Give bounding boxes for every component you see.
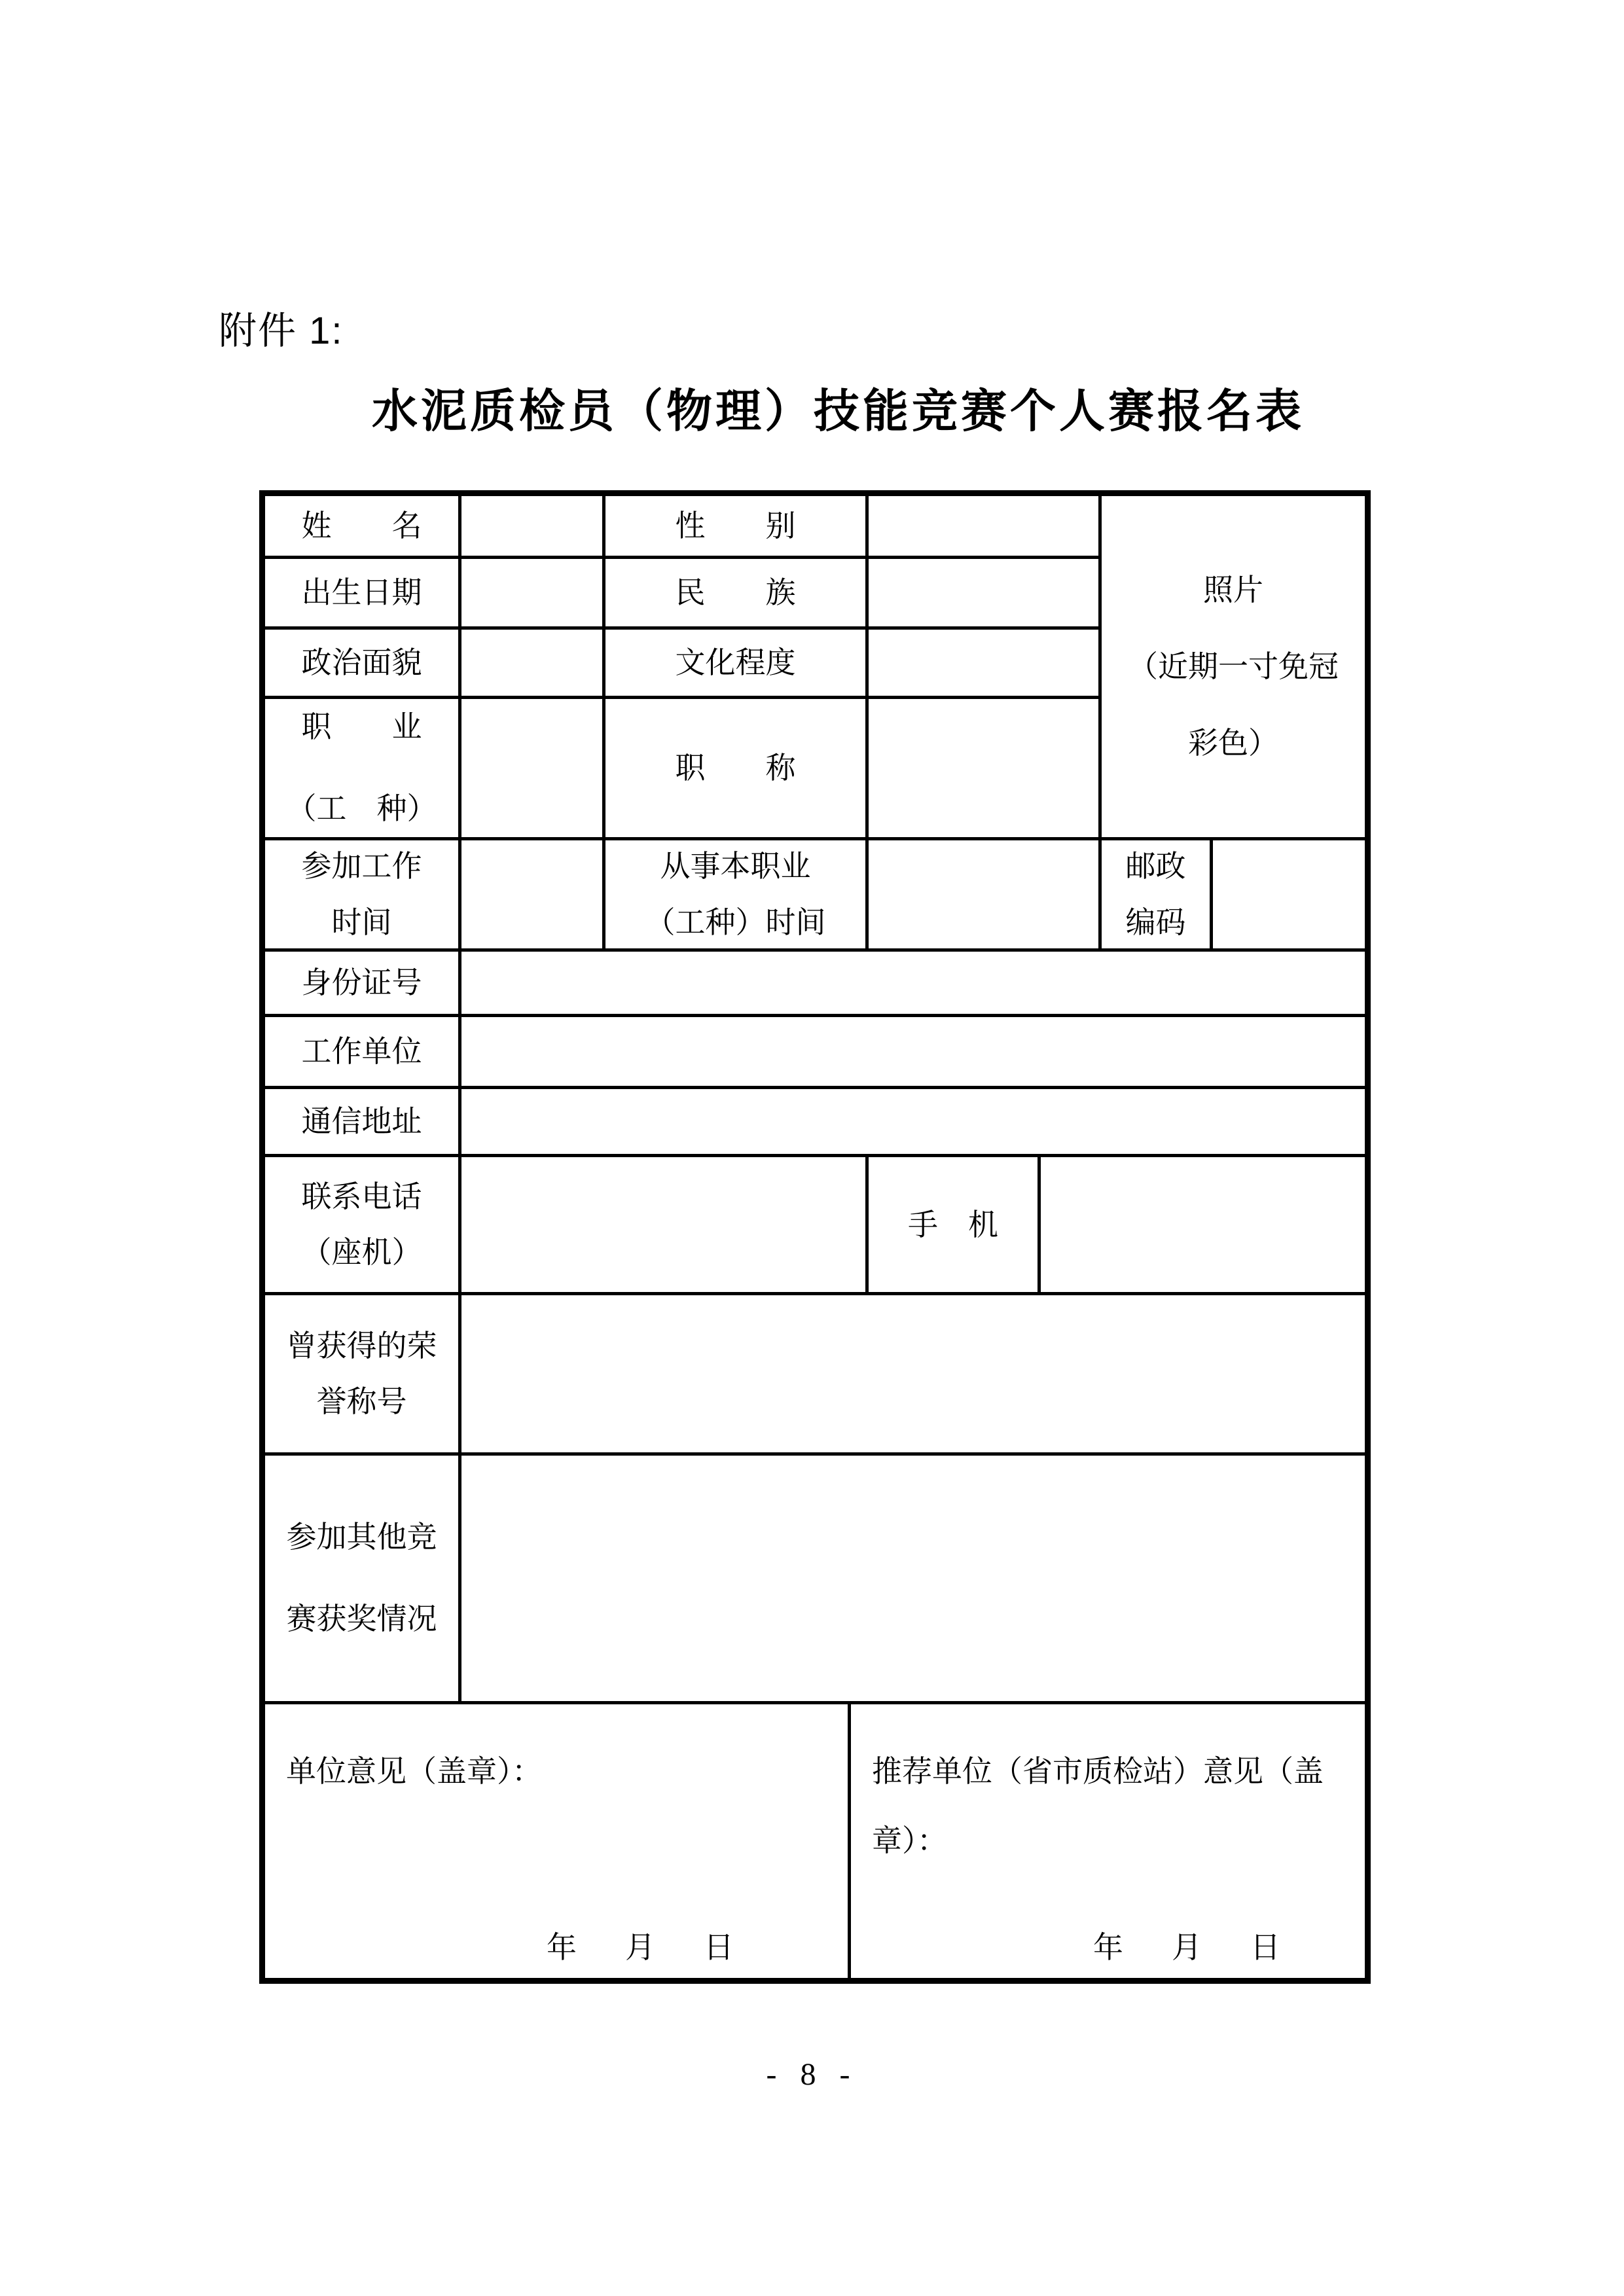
document-title: 水泥质检员（物理）技能竞赛个人赛报名表 [0, 374, 1624, 440]
page-number: - 8 - [0, 2056, 1624, 2092]
attachment-label: 附件 1: [219, 300, 344, 355]
document-page: 附件 1: 水泥质检员（物理）技能竞赛个人赛报名表 照片 （近期一寸免冠 彩色）… [0, 0, 1624, 2296]
table-outer-border [259, 490, 1371, 1984]
